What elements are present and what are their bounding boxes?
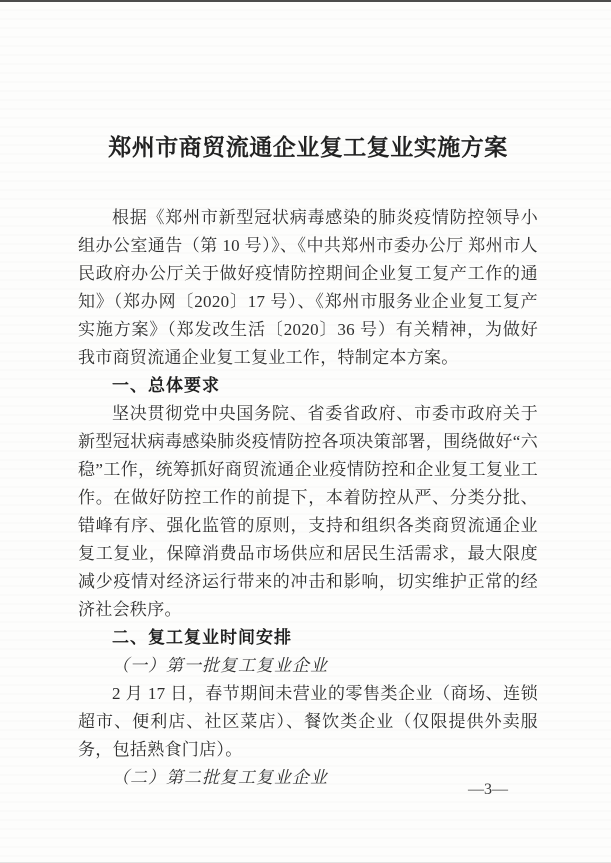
scanned-document-page: { "document": { "title": "郑州市商贸流通企业复工复业实…	[0, 0, 611, 863]
section-heading-schedule: 二、复工复业时间安排	[78, 624, 538, 652]
subheading-first-batch: （一）第一批复工复业企业	[78, 652, 538, 680]
document-title: 郑州市商贸流通企业复工复业实施方案	[78, 132, 538, 164]
paragraph-overall-requirements: 坚决贯彻党中央国务院、省委省政府、市委市政府关于新型冠状病毒感染肺炎疫情防控各项…	[78, 400, 538, 624]
paragraph-intro: 根据《郑州市新型冠状病毒感染的肺炎疫情防控领导小组办公室通告（第 10 号）》、…	[78, 204, 538, 372]
page-number: —3—	[468, 781, 508, 799]
section-heading-overall-requirements: 一、总体要求	[78, 372, 538, 400]
paragraph-first-batch: 2 月 17 日，春节期间未营业的零售类企业（商场、连锁超市、便利店、社区菜店）…	[78, 680, 538, 764]
document-body: 郑州市商贸流通企业复工复业实施方案 根据《郑州市新型冠状病毒感染的肺炎疫情防控领…	[78, 0, 538, 792]
